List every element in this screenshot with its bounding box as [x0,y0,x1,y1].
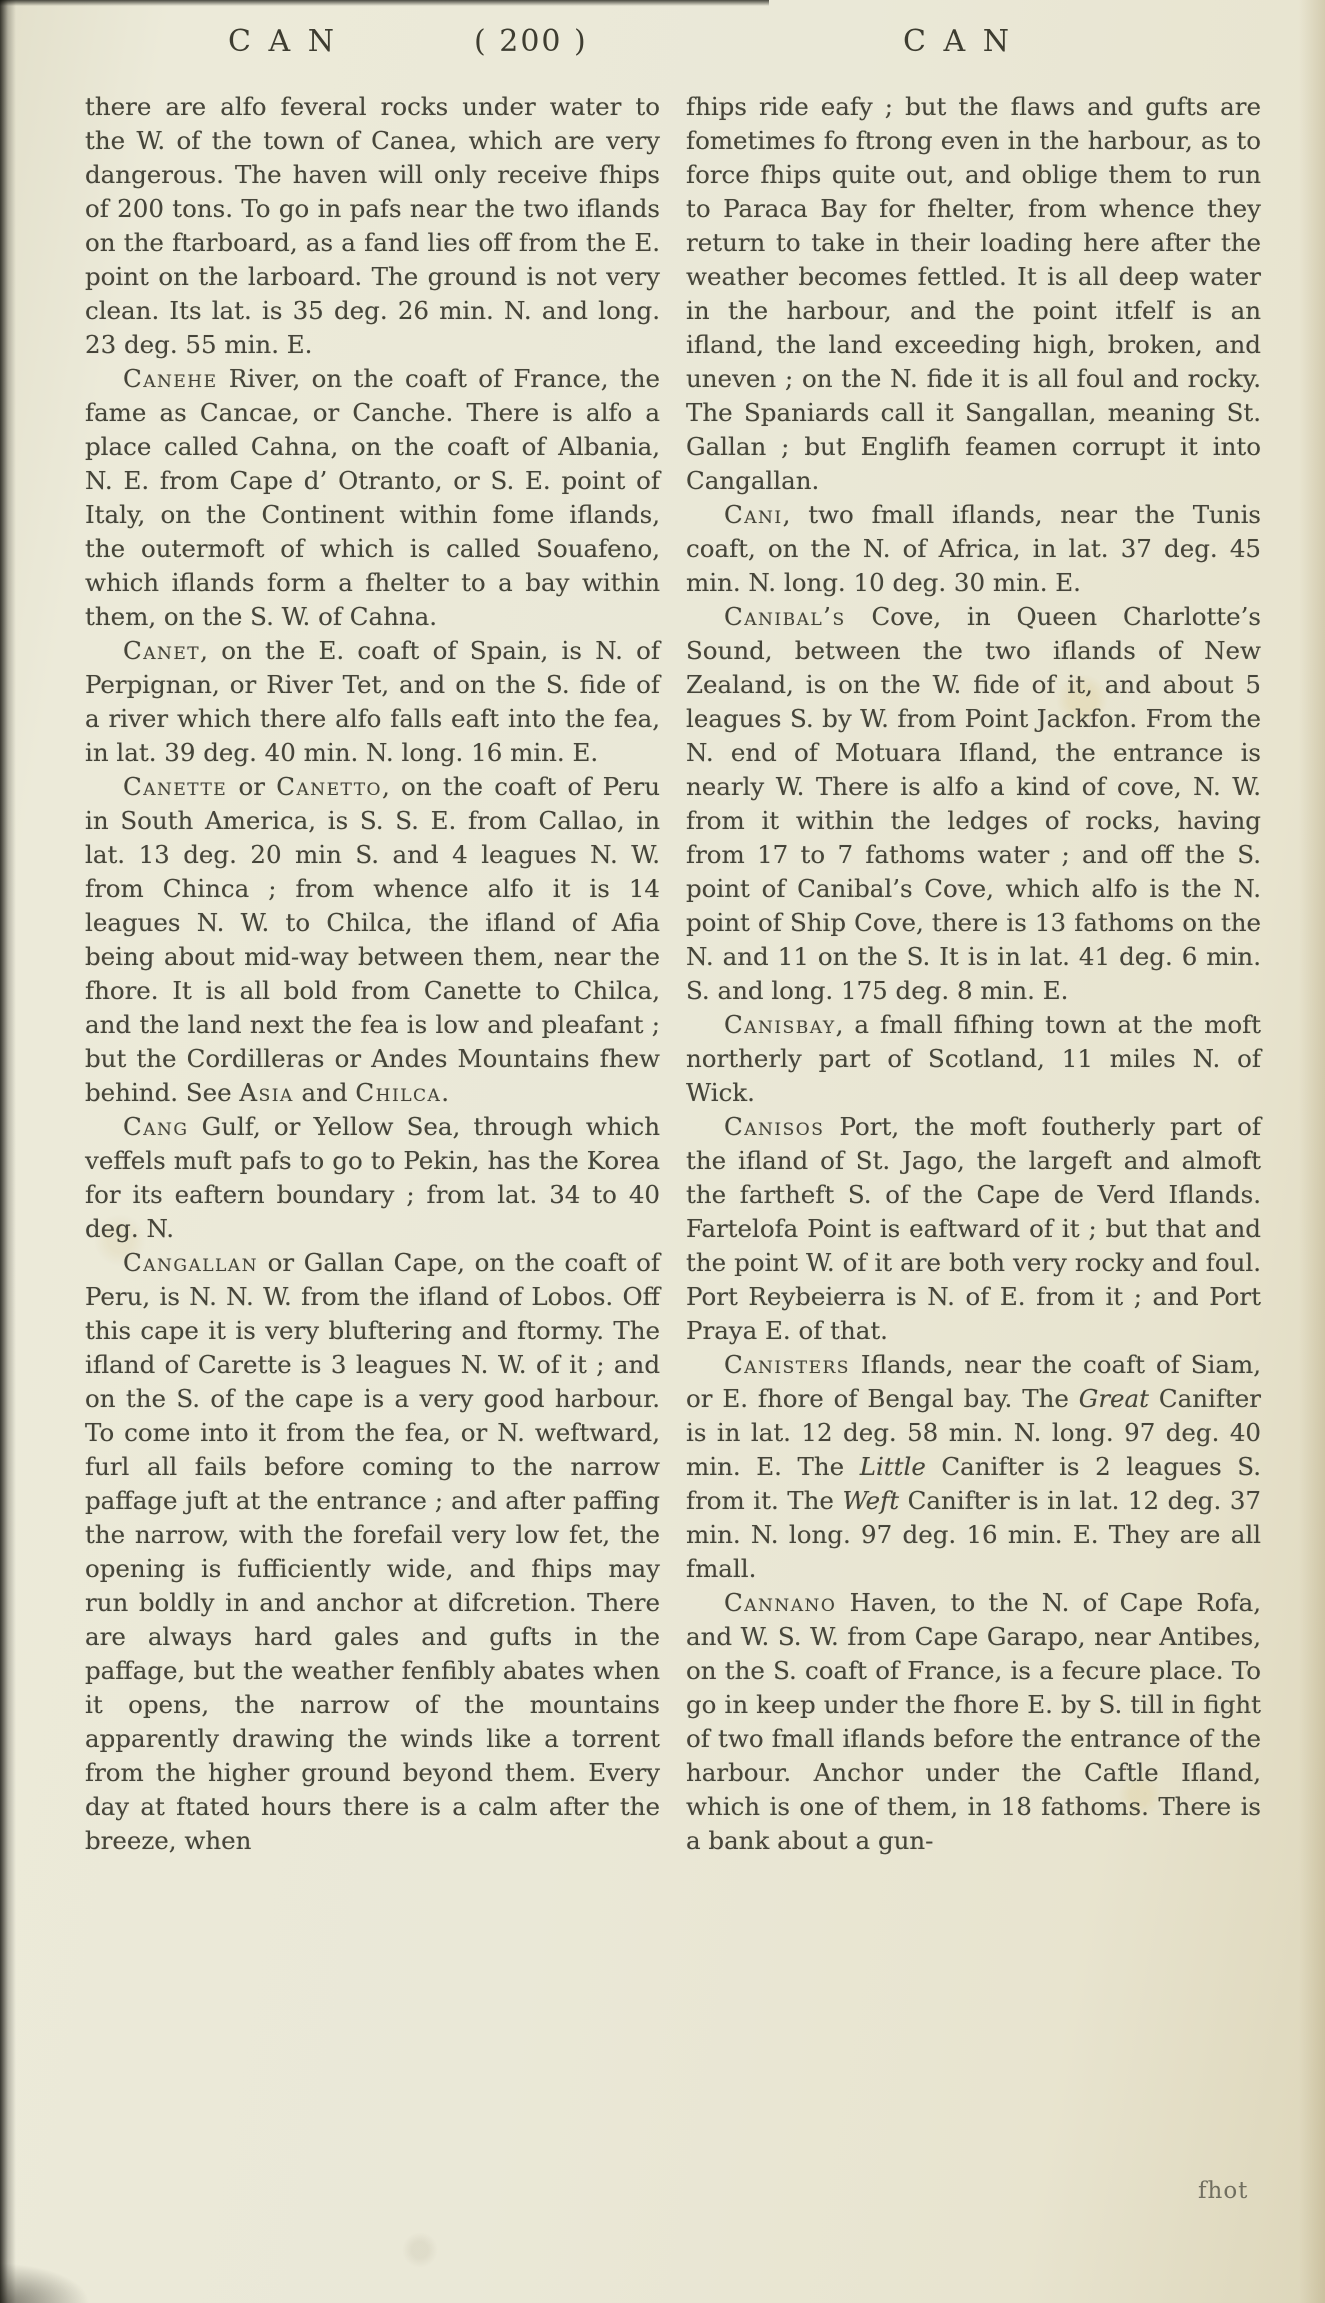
entry-headword: Cangallan [123,1248,258,1277]
right-column: fhips ride eafy ; but the flaws and guft… [686,90,1261,1858]
entry-paragraph: Canisbay, a fmall fifhing town at the mo… [686,1008,1261,1110]
entry-text: Little [860,1452,926,1481]
entry-headword: Canisbay [724,1010,836,1039]
entry-headword: Canette [123,772,227,801]
entry-paragraph: Canisos Port, the moft foutherly part of… [686,1110,1261,1348]
entry-headword: Cang [123,1112,188,1141]
entry-paragraph: Cannano Haven, to the N. of Cape Rofa, a… [686,1586,1261,1858]
running-head: C A N ( 200 ) C A N [0,24,1325,68]
entry-paragraph: Cang Gulf, or Yellow Sea, through which … [85,1110,660,1246]
entry-text: or Gallan Cape, on the coaft of Peru, is… [85,1248,660,1855]
entry-headword: Chilca [355,1078,441,1107]
running-head-left: C A N [228,24,338,59]
entry-headword: Cani [724,500,783,529]
entry-text: Weft [842,1486,899,1515]
entry-paragraph: Cangallan or Gallan Cape, on the coaft o… [85,1246,660,1858]
entry-text: or [227,772,276,801]
catchword: fhot [1198,2178,1248,2204]
entry-headword: Canibal’s [724,602,846,631]
entry-text: and [294,1078,356,1107]
scanned-book-page: C A N ( 200 ) C A N there are alfo fever… [0,0,1325,2303]
entry-paragraph: Canette or Canetto, on the coaft of Peru… [85,770,660,1110]
scan-edge-right [1299,0,1325,2303]
scan-edge-top [0,0,769,6]
entry-paragraph: there are alfo feveral rocks under water… [85,90,660,362]
page-number: ( 200 ) [474,24,588,59]
scan-edge-bottom-left [0,2263,90,2303]
entry-paragraph: Canisters Iflands, near the coaft of Sia… [686,1348,1261,1586]
entry-headword: Canetto [276,772,382,801]
entry-paragraph: fhips ride eafy ; but the flaws and guft… [686,90,1261,498]
left-column: there are alfo feveral rocks under water… [85,90,660,1858]
entry-paragraph: Canibal’s Cove, in Queen Charlotte’s Sou… [686,600,1261,1008]
entry-text: Port, the moft foutherly part of the ifl… [686,1112,1261,1345]
entry-text: River, on the coaft of France, the fame … [85,364,660,631]
entry-headword: Asia [239,1078,293,1107]
entry-text: fhips ride eafy ; but the flaws and guft… [686,92,1261,495]
entry-paragraph: Canehe River, on the coaft of France, th… [85,362,660,634]
entry-headword: Canisos [724,1112,824,1141]
entry-headword: Cannano [724,1588,836,1617]
entry-headword: Canehe [123,364,218,393]
entry-text: , on the coaft of Peru in South America,… [85,772,660,1107]
entry-text: there are alfo feveral rocks under water… [85,92,660,359]
entry-text: Great [1079,1384,1149,1413]
entry-headword: Canet [123,636,200,665]
entry-text: . [441,1078,449,1107]
running-head-right: C A N [903,24,1013,59]
entry-text: Cove, in Queen Charlotte’s Sound, betwee… [686,602,1261,1005]
entry-headword: Canisters [724,1350,850,1379]
scan-edge-left [0,0,16,2303]
entry-paragraph: Cani, two fmall iflands, near the Tunis … [686,498,1261,600]
text-columns: there are alfo feveral rocks under water… [85,90,1261,1858]
entry-paragraph: Canet, on the E. coaft of Spain, is N. o… [85,634,660,770]
entry-text: Haven, to the N. of Cape Rofa, and W. S.… [686,1588,1261,1855]
